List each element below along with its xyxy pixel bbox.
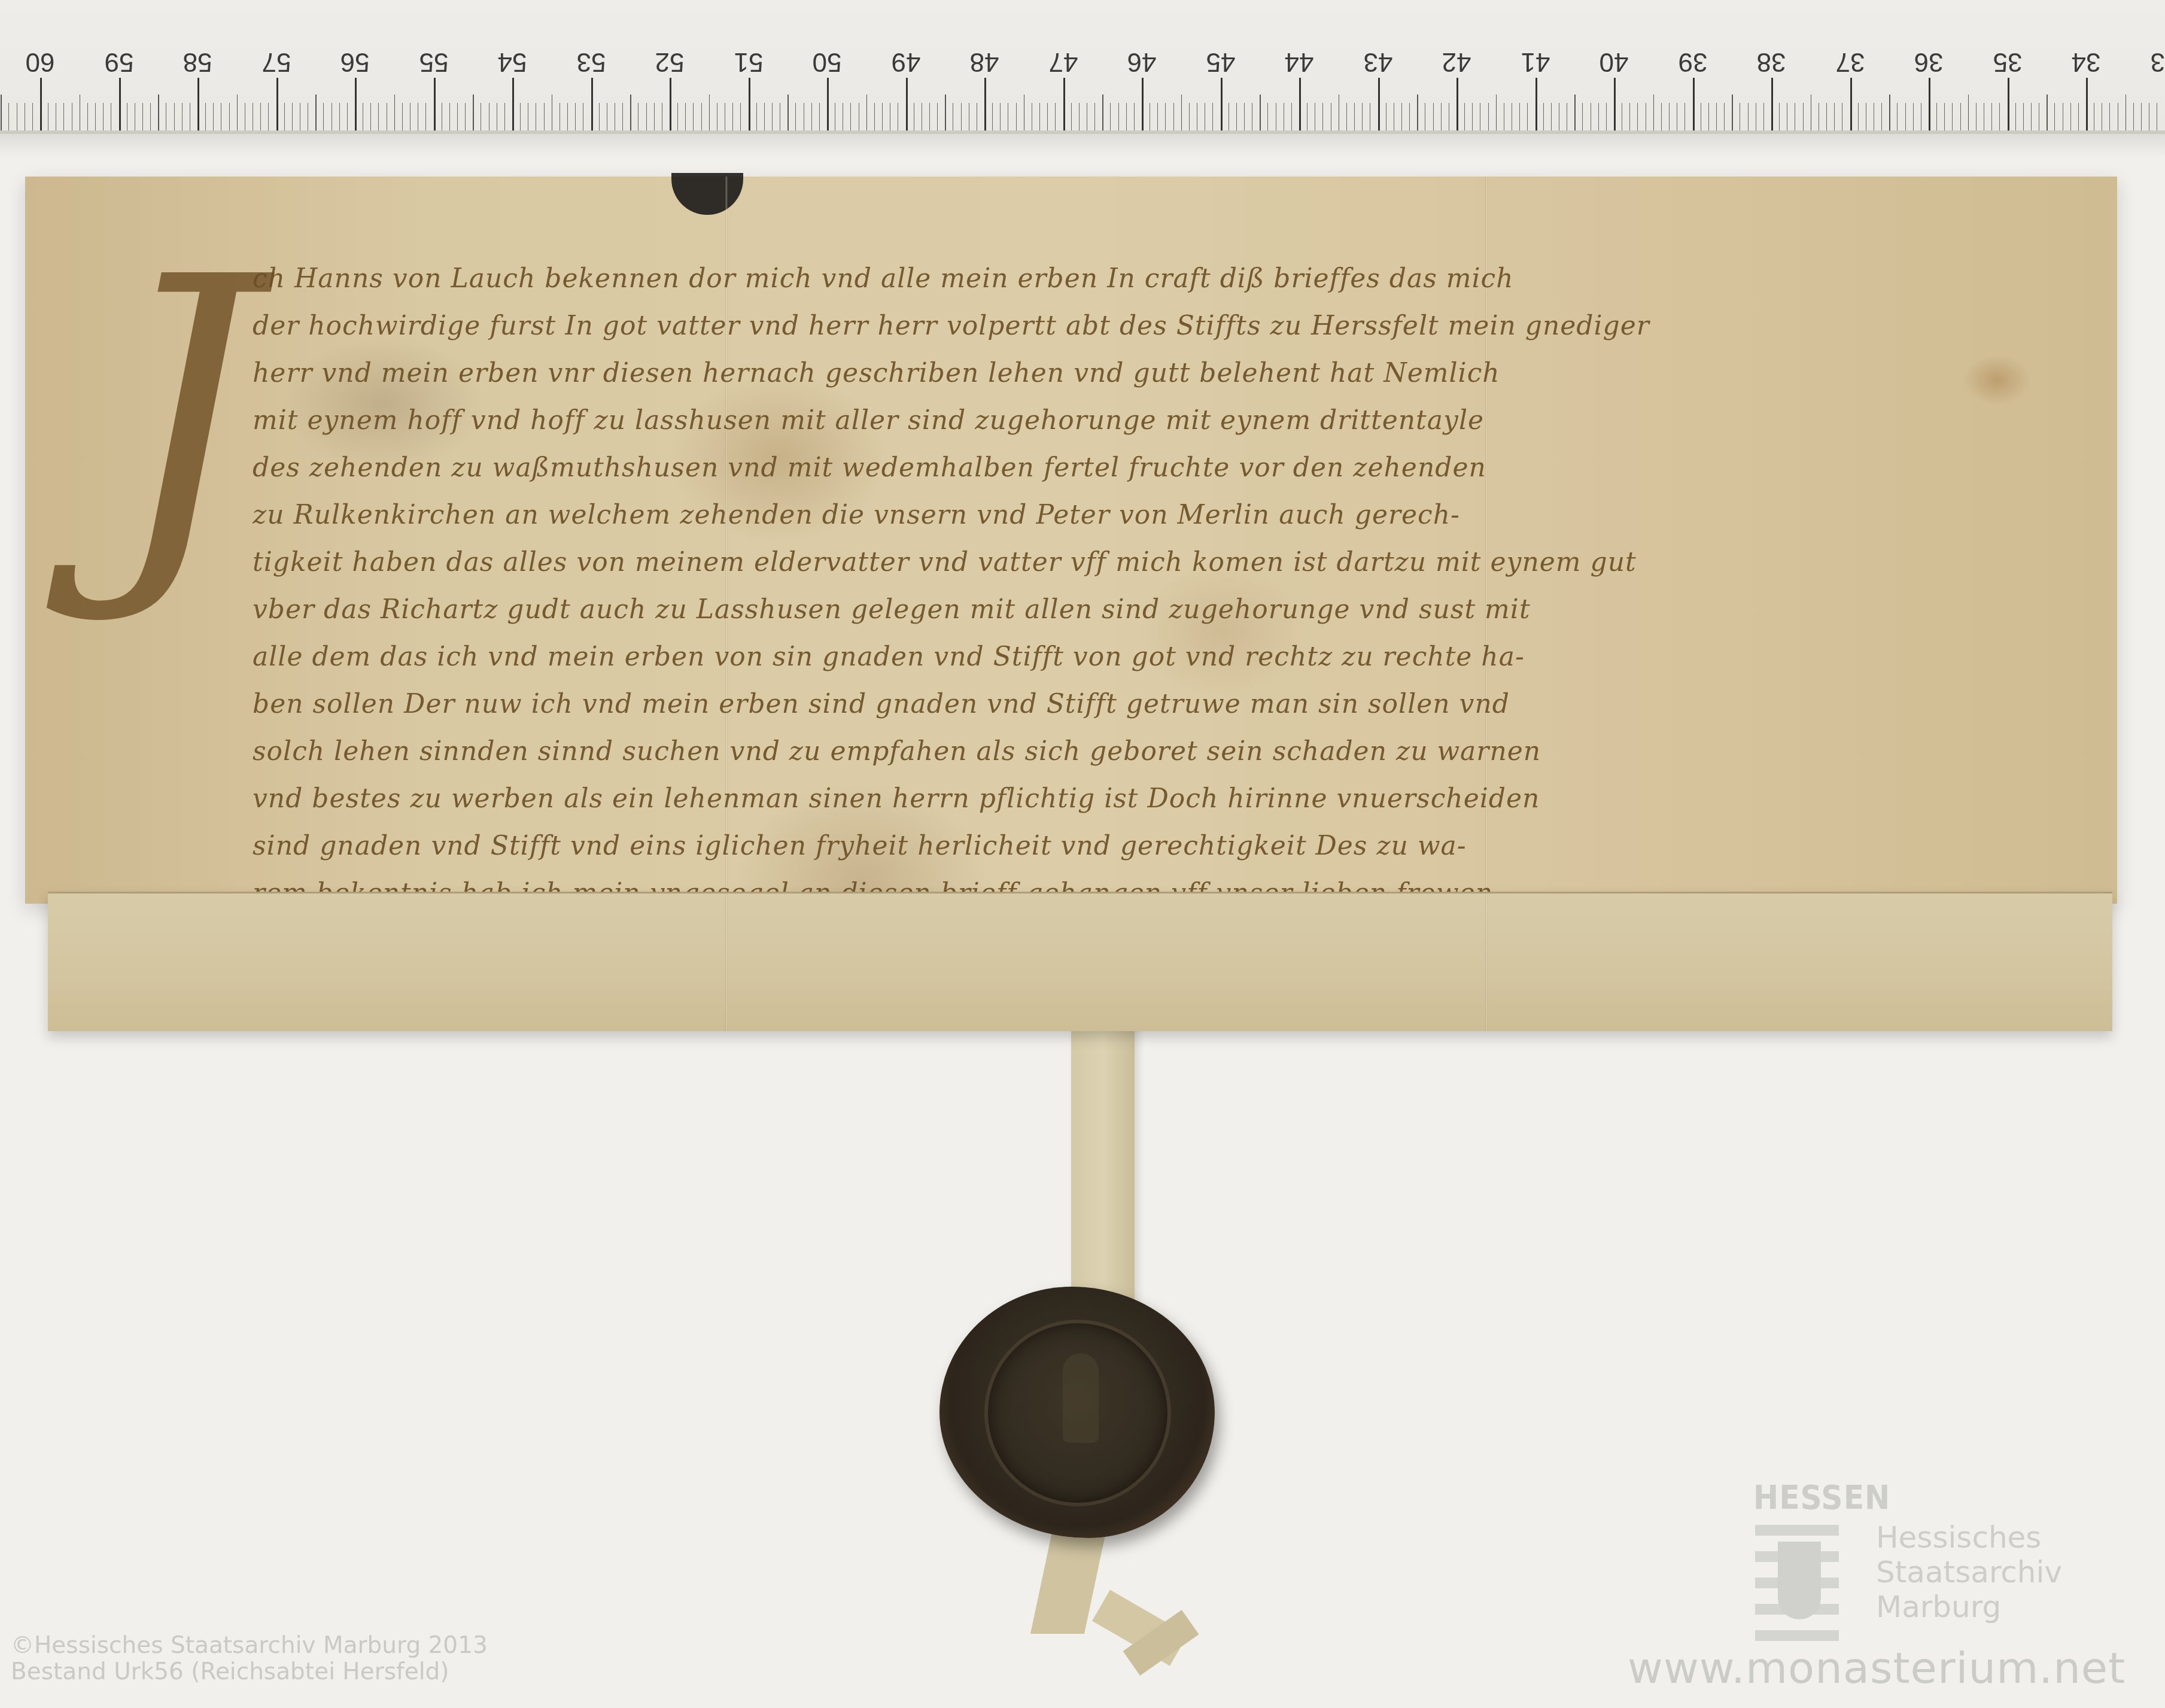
- ruler-tick: [1094, 103, 1095, 130]
- ruler-tick: [1417, 95, 1418, 130]
- ruler-tick: [1000, 103, 1001, 130]
- ruler-tick: [1055, 103, 1056, 130]
- ruler-tick: [1260, 95, 1261, 130]
- ruler-tick: [1913, 103, 1914, 130]
- ruler-tick: [969, 103, 969, 130]
- ruler-tick: [544, 103, 545, 130]
- seal-impression: [984, 1320, 1171, 1506]
- ruler-tick: [1118, 103, 1119, 130]
- ruler-tick: [1740, 103, 1740, 130]
- ruler-tick: [1441, 103, 1442, 130]
- ruler-tick: [1999, 103, 2000, 130]
- ruler-tick: [1842, 103, 1842, 130]
- ruler-tick: [607, 103, 607, 130]
- ruler-tick: [355, 78, 357, 130]
- ruler-label: 45: [1194, 47, 1248, 77]
- ruler-label: 60: [13, 47, 67, 77]
- ruler-label: 41: [1509, 47, 1562, 77]
- ruler-tick: [103, 103, 104, 130]
- ruler-tick: [339, 103, 340, 130]
- ruler-tick: [1929, 78, 1930, 130]
- ruler-tick: [2054, 103, 2055, 130]
- ruler-tick: [1637, 103, 1638, 130]
- ruler-tick: [1362, 103, 1363, 130]
- ruler-tick: [2023, 103, 2024, 130]
- script-line: sind gnaden vnd Stifft vnd eins iglichen…: [253, 831, 2102, 878]
- ruler-tick: [795, 103, 796, 130]
- ruler-tick: [166, 103, 166, 130]
- ruler-tick: [410, 103, 411, 130]
- script-line: herr vnd mein erben vnr diesen hernach g…: [253, 358, 2102, 405]
- ruler-tick: [1165, 103, 1166, 130]
- collection-line: Bestand Urk56 (Reichsabtei Hersfeld): [11, 1659, 488, 1685]
- ruler-label: 56: [328, 47, 382, 77]
- ruler-tick: [677, 103, 678, 130]
- ruler-tick: [1866, 103, 1866, 130]
- ruler-tick: [1433, 103, 1434, 130]
- ruler-tick: [284, 103, 285, 130]
- ruler-tick: [1394, 103, 1394, 130]
- ruler-label: 47: [1036, 47, 1090, 77]
- ruler-label: 35: [1981, 47, 2035, 77]
- ruler-tick: [1008, 103, 1008, 130]
- ruler-tick: [142, 103, 143, 130]
- ruler-tick: [1984, 103, 1984, 130]
- ruler-tick: [1252, 103, 1252, 130]
- ruler-label: 44: [1272, 47, 1326, 77]
- ruler-tick: [1079, 103, 1080, 130]
- ruler-tick: [315, 95, 317, 130]
- ruler-tick: [197, 78, 199, 130]
- ruler-tick: [260, 103, 261, 130]
- ruler-tick: [276, 78, 278, 130]
- ruler-tick: [347, 103, 348, 130]
- ruler-tick: [1858, 103, 1859, 130]
- ruler-tick: [292, 103, 293, 130]
- ruler-tick: [670, 78, 671, 130]
- ruler-label: 33: [2138, 47, 2165, 77]
- ruler-tick: [827, 78, 829, 130]
- lion-shield-icon: [1778, 1542, 1821, 1619]
- ruler-tick: [1591, 103, 1591, 130]
- ruler-tick: [425, 103, 426, 130]
- ruler-tick: [87, 103, 88, 130]
- ruler-tick: [1976, 103, 1977, 130]
- ruler-tick: [190, 103, 190, 130]
- ruler-tick: [1968, 95, 1969, 130]
- ruler-tick: [1087, 103, 1087, 130]
- ruler-tick: [1653, 95, 1655, 130]
- ruler-tick: [1205, 103, 1205, 130]
- ruler-tick: [874, 103, 875, 130]
- ruler-tick: [591, 78, 593, 130]
- seal-figure-icon: [1063, 1353, 1099, 1443]
- ruler-tick: [615, 103, 615, 130]
- ruler-tick: [2126, 95, 2127, 130]
- ruler-tick: [890, 103, 890, 130]
- ruler-tick: [1315, 103, 1315, 130]
- ruler-tick: [370, 103, 371, 130]
- ruler-tick: [2008, 78, 2009, 130]
- ruler-tick: [434, 78, 436, 130]
- ruler-label: 38: [1744, 47, 1798, 77]
- ruler-label: 58: [171, 47, 224, 77]
- ruler-tick: [1016, 103, 1017, 130]
- ruler-label: 55: [407, 47, 461, 77]
- copyright-line: ©Hessisches Staatsarchiv Marburg 2013: [11, 1633, 488, 1659]
- ruler-tick: [1157, 103, 1158, 130]
- ruler-tick: [787, 95, 789, 130]
- ruler-tick: [150, 103, 151, 130]
- ruler-tick: [182, 103, 183, 130]
- ruler-tick: [465, 103, 466, 130]
- ruler-label: 51: [722, 47, 776, 77]
- ruler-tick: [1063, 78, 1065, 130]
- ruler-tick: [749, 78, 750, 130]
- ruler-tick: [1150, 103, 1150, 130]
- script-line: solch lehen sinnden sinnd suchen vnd zu …: [253, 736, 2102, 783]
- ruler-tick: [2039, 103, 2039, 130]
- ruler-tick: [418, 103, 418, 130]
- ruler-tick: [25, 103, 25, 130]
- script-line: alle dem das ich vnd mein erben von sin …: [253, 642, 2102, 689]
- ruler-tick: [111, 103, 111, 130]
- ruler-tick: [1047, 103, 1048, 130]
- ruler-tick: [1693, 78, 1695, 130]
- ruler-tick: [1952, 103, 1953, 130]
- ruler-label: 49: [879, 47, 933, 77]
- copyright-watermark: ©Hessisches Staatsarchiv Marburg 2013 Be…: [11, 1633, 488, 1685]
- ruler-tick: [1386, 103, 1386, 130]
- ruler-tick: [402, 103, 403, 130]
- ruler-tick: [725, 103, 725, 130]
- ruler-tick: [504, 103, 505, 130]
- ruler-tick: [442, 103, 442, 130]
- ruler-tick: [213, 103, 214, 130]
- ruler-tick: [977, 103, 977, 130]
- ruler-tick: [638, 103, 638, 130]
- ruler-tick: [1181, 95, 1182, 130]
- ruler-tick: [922, 103, 922, 130]
- ruler-tick: [1488, 103, 1489, 130]
- ruler-tick: [804, 103, 804, 130]
- ruler-tick: [1354, 103, 1355, 130]
- logo-title: HESSEN: [1753, 1478, 1890, 1517]
- ruler-label: 42: [1430, 47, 1483, 77]
- ruler-tick: [1661, 103, 1662, 130]
- ruler-tick: [1527, 103, 1528, 130]
- ruler-label: 50: [800, 47, 854, 77]
- ruler-tick: [1834, 103, 1835, 130]
- fold-crease: [725, 893, 728, 1031]
- ruler-tick: [898, 103, 898, 130]
- ruler-tick: [1732, 95, 1733, 130]
- ruler-label: 40: [1587, 47, 1641, 77]
- ruler-tick: [394, 95, 396, 130]
- ruler-tick: [332, 103, 332, 130]
- ruler-tick: [1496, 95, 1497, 130]
- script-line: mit eynem hoff vnd hoff zu lasshusen mit…: [253, 405, 2102, 452]
- ruler-tick: [2070, 103, 2071, 130]
- ruler-tick: [1574, 95, 1576, 130]
- ruler-tick: [1472, 103, 1473, 130]
- ruler-tick: [1787, 103, 1787, 130]
- ruler-tick: [2031, 103, 2032, 130]
- ruler-label: 39: [1666, 47, 1720, 77]
- ruler-tick: [2149, 103, 2149, 130]
- ruler-tick: [654, 103, 655, 130]
- ruler-tick: [1244, 103, 1245, 130]
- ruler-tick: [497, 103, 497, 130]
- ruler-label: 52: [643, 47, 697, 77]
- ruler-tick: [1102, 95, 1103, 130]
- ruler-tick: [1598, 103, 1599, 130]
- ruler-tick: [1921, 103, 1921, 130]
- plica-fold-flap: [48, 892, 2112, 1031]
- ruler-tick: [2157, 103, 2157, 130]
- ruler-tick: [1535, 78, 1537, 130]
- ruler-tick: [1267, 103, 1268, 130]
- ruler-tick: [646, 103, 647, 130]
- ruler-tick: [268, 103, 269, 130]
- ruler-tick: [1291, 103, 1292, 130]
- ruler-tick: [1276, 103, 1276, 130]
- ruler-tick: [135, 103, 135, 130]
- ruler-tick: [1803, 103, 1804, 130]
- ruler-tick: [1756, 103, 1756, 130]
- ruler-tick: [937, 103, 938, 130]
- site-url-watermark: www.monasterium.net: [1628, 1643, 2126, 1693]
- ruler-tick: [80, 95, 81, 130]
- ruler-tick: [1, 95, 2, 130]
- ruler-tick: [1071, 103, 1072, 130]
- ruler-tick: [158, 95, 159, 130]
- ruler-tick: [1512, 103, 1512, 130]
- ruler-tick: [859, 103, 859, 130]
- ruler-tick: [1991, 103, 1992, 130]
- ruler-tick: [2118, 103, 2118, 130]
- ruler-tick: [1299, 78, 1301, 130]
- ruler-tick: [2102, 103, 2102, 130]
- ruler-tick: [449, 103, 450, 130]
- ruler-tick: [1370, 103, 1370, 130]
- ruler-label: 54: [485, 47, 539, 77]
- fold-crease: [1485, 893, 1488, 1031]
- ruler-tick: [221, 103, 221, 130]
- ruler-tick: [1701, 103, 1701, 130]
- ruler-tick: [387, 103, 387, 130]
- coat-of-arms-icon: [1755, 1525, 1839, 1645]
- ruler-tick: [1504, 103, 1504, 130]
- ruler-tick: [701, 103, 702, 130]
- ruler-tick: [1543, 103, 1544, 130]
- ruler-tick: [1449, 103, 1449, 130]
- ruler-tick: [17, 103, 17, 130]
- ruler-tick: [1480, 103, 1480, 130]
- ruler-tick: [1850, 78, 1852, 130]
- ruler-tick: [2047, 95, 2048, 130]
- ruler-tick: [2063, 103, 2063, 130]
- ruler-label: 46: [1115, 47, 1169, 77]
- charter-text: ch Hanns von Lauch bekennen dor mich vnd…: [253, 263, 2102, 972]
- ruler-tick: [512, 78, 514, 130]
- ruler-tick: [1606, 103, 1607, 130]
- ruler-tick: [780, 103, 780, 130]
- ruler-label: 53: [564, 47, 618, 77]
- script-line: ch Hanns von Lauch bekennen dor mich vnd…: [253, 263, 2102, 311]
- ruler-tick: [174, 103, 175, 130]
- ruler-tick: [1708, 103, 1709, 130]
- ruler-tick: [205, 103, 206, 130]
- ruler-tick: [1197, 103, 1197, 130]
- ruler-label: 43: [1351, 47, 1405, 77]
- ruler-tick: [237, 95, 238, 130]
- ruler-tick: [1614, 78, 1616, 130]
- ruler-tick: [1819, 103, 1819, 130]
- ruler-label: 36: [1902, 47, 1956, 77]
- script-line: ben sollen Der nuw ich vnd mein erben si…: [253, 689, 2102, 736]
- ruler-tick: [229, 103, 230, 130]
- ruler-tick: [843, 103, 843, 130]
- ruler-tick: [520, 103, 521, 130]
- ruler-tick: [756, 103, 757, 130]
- ruler-tick: [1189, 103, 1190, 130]
- ruler-tick: [1716, 103, 1717, 130]
- ruler-tick: [2078, 103, 2079, 130]
- ruler-tick: [866, 95, 868, 130]
- logo-archive-name: Hessisches Staatsarchiv Marburg: [1876, 1520, 2062, 1624]
- ruler-tick: [1378, 78, 1380, 130]
- ruler-tick: [536, 103, 536, 130]
- ruler-tick: [1551, 103, 1552, 130]
- ruler-tick: [2141, 103, 2142, 130]
- ruler-tick: [63, 103, 64, 130]
- ruler-tick: [850, 103, 851, 130]
- ruler-tick: [119, 78, 121, 130]
- ruler-tick: [717, 103, 717, 130]
- ruler-tick: [1881, 103, 1882, 130]
- ruler-tick: [300, 103, 300, 130]
- ruler-tick: [560, 103, 560, 130]
- ruler-tick: [1110, 103, 1111, 130]
- ruler-tick: [945, 95, 946, 130]
- ruler-tick: [1519, 103, 1520, 130]
- ruler-tick: [1134, 103, 1135, 130]
- ruler-tick: [1401, 103, 1402, 130]
- ruler-tick: [1409, 103, 1410, 130]
- ruler-tick: [1126, 103, 1127, 130]
- ruler-tick: [1936, 103, 1937, 130]
- ruler-tick: [1629, 103, 1630, 130]
- script-line: vnd bestes zu werben als ein lehenman si…: [253, 783, 2102, 831]
- ruler-tick: [72, 103, 72, 130]
- ruler-tick: [481, 103, 481, 130]
- ruler-tick: [1795, 103, 1795, 130]
- ruler-tick: [630, 95, 631, 130]
- ruler-tick: [95, 103, 96, 130]
- ruler-tick: [1897, 103, 1898, 130]
- ruler-tick: [1763, 103, 1764, 130]
- script-line: des zehenden zu waßmuthshusen vnd mit we…: [253, 452, 2102, 500]
- ruler-tick: [685, 103, 686, 130]
- ruler-tick: [622, 103, 623, 130]
- ruler-tick: [2109, 103, 2110, 130]
- ruler-tick: [1811, 95, 1812, 130]
- ruler-label: 57: [250, 47, 303, 77]
- ruler-tick: [323, 103, 324, 130]
- ruler-tick: [1874, 103, 1874, 130]
- ruler-tick: [1748, 103, 1749, 130]
- ruler-tick: [473, 95, 474, 130]
- ruler-tick: [1346, 103, 1347, 130]
- ruler-tick: [1142, 78, 1144, 130]
- script-line: der hochwirdige furst In got vatter vnd …: [253, 311, 2102, 358]
- ruler-tick: [929, 103, 930, 130]
- wax-seal: [939, 1287, 1215, 1538]
- ruler-tick: [1889, 95, 1890, 130]
- ruler-tick: [914, 103, 914, 130]
- ruler-tick: [1622, 103, 1622, 130]
- ruler-tick: [1331, 103, 1331, 130]
- ruler-tick: [1039, 103, 1040, 130]
- archive-logo: HESSEN Hessisches Staatsarchiv Marburg: [1753, 1478, 2112, 1634]
- ruler-tick: [1669, 103, 1670, 130]
- ruler-tick: [1456, 78, 1458, 130]
- ruler-tick: [882, 103, 883, 130]
- ruler-tick: [1032, 103, 1032, 130]
- ruler-tick: [992, 103, 993, 130]
- ruler-tick: [1944, 103, 1945, 130]
- ruler-tick: [1677, 103, 1677, 130]
- ruler-tick: [599, 103, 600, 130]
- charter-parchment: J ch Hanns von Lauch bekennen dor mich v…: [25, 177, 2117, 904]
- ruler-tick: [772, 103, 773, 130]
- ruler-tick: [457, 103, 458, 130]
- ruler-tick: [1646, 103, 1646, 130]
- ruler-tick: [1464, 103, 1465, 130]
- ruler-tick: [1229, 103, 1229, 130]
- ruler-tick: [1221, 78, 1223, 130]
- ruler-tick: [1724, 103, 1725, 130]
- ruler-tick: [693, 103, 694, 130]
- ruler-label: 37: [1823, 47, 1877, 77]
- ruler-tick: [2094, 103, 2094, 130]
- ruler-tick: [1236, 103, 1237, 130]
- ruler-label: 59: [92, 47, 146, 77]
- ruler-tick: [48, 103, 48, 130]
- decorated-initial: J: [109, 248, 258, 582]
- ruler-tick: [961, 103, 962, 130]
- measuring-ruler: 6059585756555453525150494847464544434241…: [0, 0, 2165, 134]
- ruler-shadow: [0, 134, 2165, 158]
- ruler-tick: [363, 103, 363, 130]
- ruler-tick: [811, 103, 812, 130]
- ruler-label: 48: [957, 47, 1011, 77]
- ruler-tick: [40, 78, 42, 130]
- ruler-tick: [732, 103, 733, 130]
- ruler-tick: [528, 103, 528, 130]
- ruler-tick: [740, 103, 741, 130]
- script-line: zu Rulkenkirchen an welchem zehenden die…: [253, 500, 2102, 547]
- ruler-tick: [1173, 103, 1174, 130]
- ruler-tick: [567, 103, 568, 130]
- ruler-tick: [32, 103, 33, 130]
- ruler-tick: [1826, 103, 1827, 130]
- ruler-tick: [906, 78, 908, 130]
- ruler-tick: [1322, 103, 1323, 130]
- ruler-tick: [552, 95, 553, 130]
- ruler-tick: [489, 103, 489, 130]
